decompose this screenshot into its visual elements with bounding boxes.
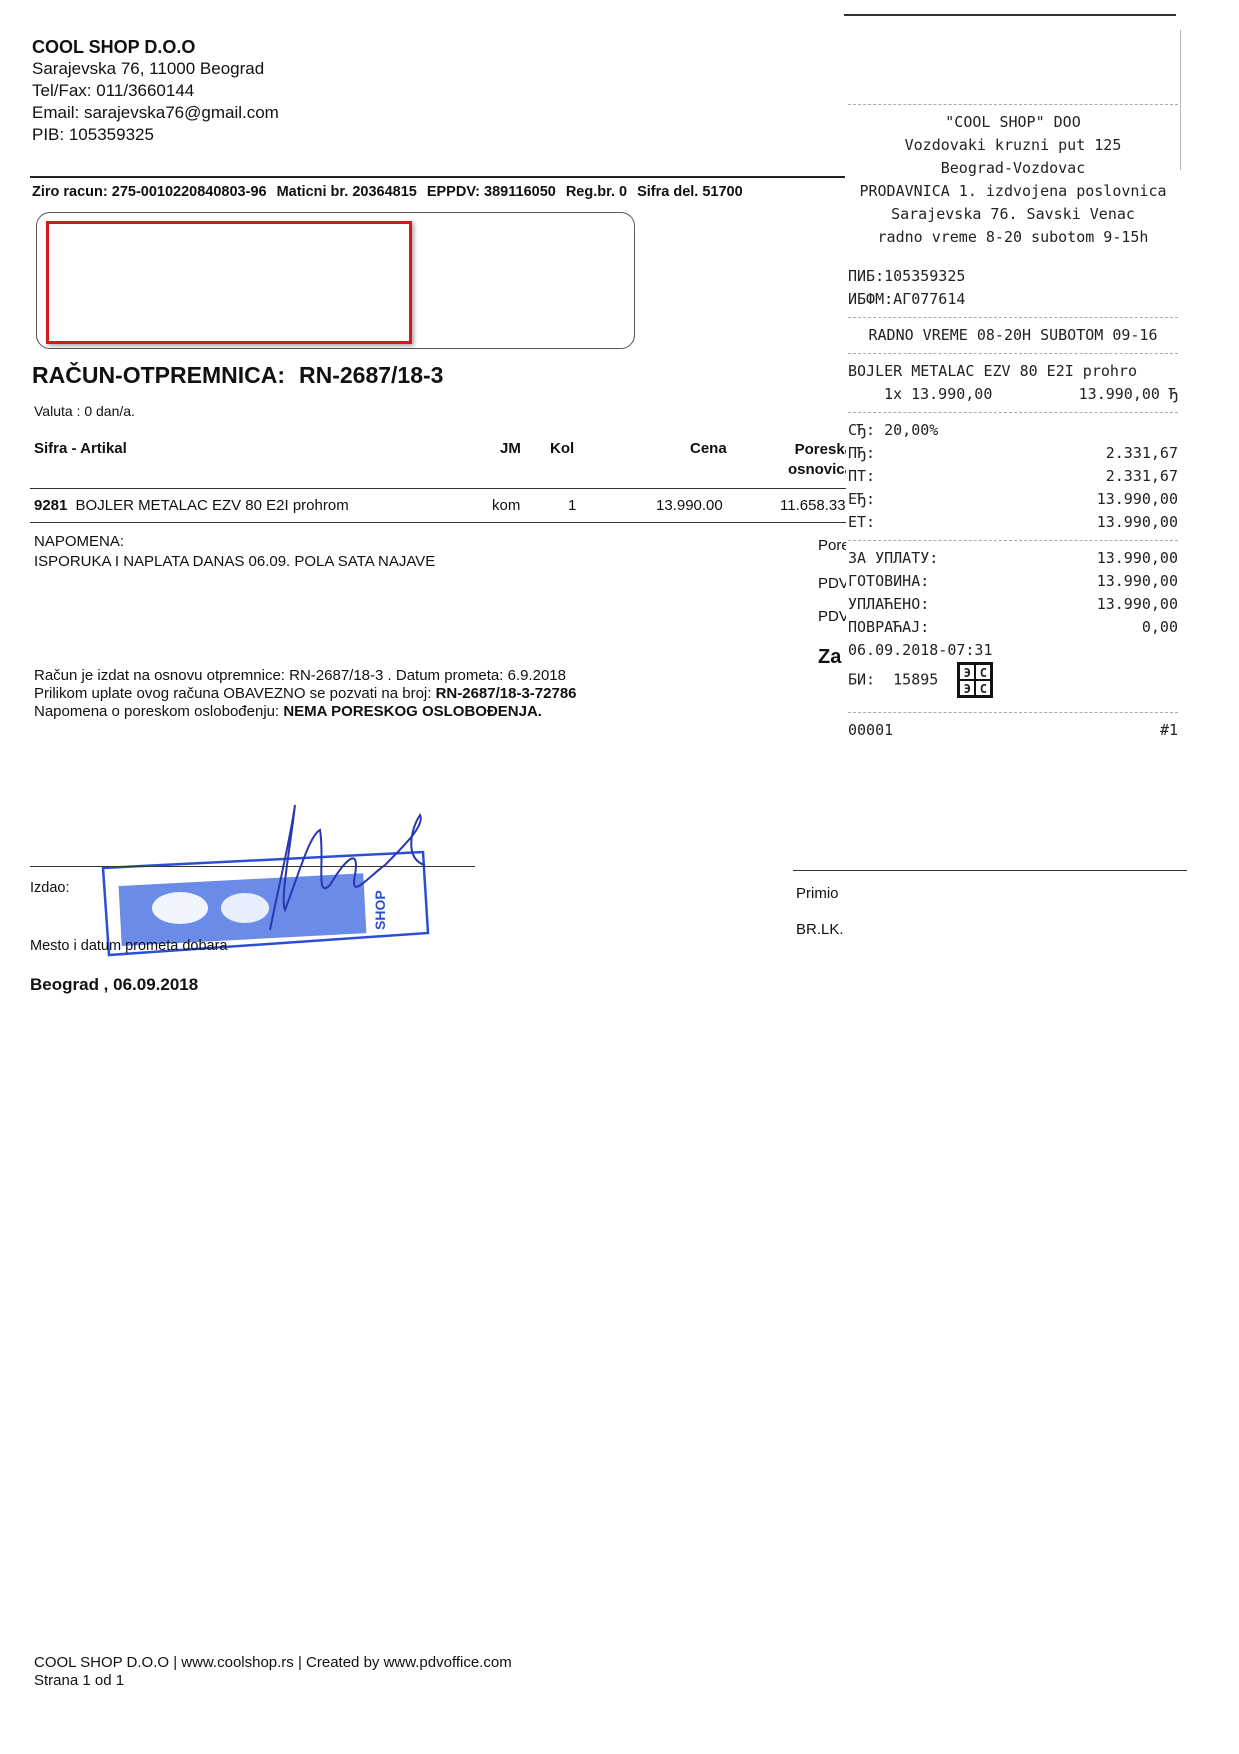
table-row-divider <box>30 522 852 523</box>
receipt-divider <box>848 353 1178 354</box>
receipt-payment-line: УПЛАЋЕНО:13.990,00 <box>848 593 1178 616</box>
footer-company-line: COOL SHOP D.O.O | www.coolshop.rs | Crea… <box>34 1654 512 1672</box>
tax-value: 13.990,00 <box>1097 511 1178 534</box>
column-header-kol: Kol <box>550 440 574 457</box>
reg-broj: Reg.br. 0 <box>566 184 627 200</box>
napomena-block: NAPOMENA: ISPORUKA I NAPLATA DANAS 06.09… <box>34 532 435 572</box>
column-header-poreska-osnovica: Poreska osnovica <box>760 440 853 480</box>
receipt-top-edge <box>844 14 1176 16</box>
receipt-divider <box>848 412 1178 413</box>
row-kol: 1 <box>568 497 576 514</box>
row-artikal: BOJLER METALAC EZV 80 E2I prohrom <box>76 497 349 514</box>
payment-value: 13.990,00 <box>1097 570 1178 593</box>
note-otpremnica: Račun je izdat na osnovu otpremnice: RN-… <box>34 667 577 685</box>
receipt-divider <box>848 540 1178 541</box>
company-header: COOL SHOP D.O.O Sarajevska 76, 11000 Beo… <box>32 36 279 146</box>
brlk-label: BR.LK. <box>796 921 844 938</box>
company-pib: PIB: 105359325 <box>32 124 279 146</box>
receipt-register: #1 <box>1160 719 1178 742</box>
receipt-divider <box>848 712 1178 713</box>
note-poziv-na-broj: Prilikom uplate ovog računa OBAVEZNO se … <box>34 685 577 703</box>
payment-label: ЗА УПЛАТУ: <box>848 547 938 570</box>
row-poreska-osnovica: 11.658.33 <box>780 497 846 514</box>
maticni-broj: Maticni br. 20364815 <box>277 184 417 200</box>
buyer-redaction-box <box>46 221 412 344</box>
primio-label: Primio <box>796 885 839 902</box>
receipt-payment-line: ПОВРАЋАЈ:0,00 <box>848 616 1178 639</box>
receipt-branch: PRODAVNICA 1. izdvojena poslovnica <box>848 180 1178 203</box>
totals-label-pdv-2: PDV <box>818 608 849 625</box>
row-jm: kom <box>492 497 520 514</box>
oslobodjenje-prefix: Napomena o poreskom oslobođenju: <box>34 703 283 720</box>
osnovica-label: osnovica <box>760 460 853 480</box>
company-address: Sarajevska 76, 11000 Beograd <box>32 58 279 80</box>
table-header-divider <box>30 488 852 489</box>
invoice-notes: Račun je izdat na osnovu otpremnice: RN-… <box>34 667 577 721</box>
receipt-payment-line: ГОТОВИНА:13.990,00 <box>848 570 1178 593</box>
receipt-city: Beograd-Vozdovac <box>848 157 1178 180</box>
napomena-text: ISPORUKA I NAPLATA DANAS 06.09. POLA SAT… <box>34 552 435 572</box>
tax-label: ЕТ: <box>848 511 875 534</box>
column-header-jm: JM <box>500 440 521 457</box>
oslobodjenje-value: NEMA PORESKOG OSLOBOĐENJA. <box>283 703 542 720</box>
payment-label: ГОТОВИНА: <box>848 570 929 593</box>
receipt-counter: 00001 <box>848 719 893 742</box>
receipt-item-qty-price: 1x 13.990,00 <box>848 383 992 406</box>
receipt-tax-line: ЕТ:13.990,00 <box>848 511 1178 534</box>
receipt-tax-line: ПТ:2.331,67 <box>848 465 1178 488</box>
document-type: RAČUN-OTPREMNICA: <box>32 362 285 388</box>
receipt-item-total: 13.990,00 Ђ <box>1079 383 1178 406</box>
receipt-ibfm: ИБФМ:АГ077614 <box>848 288 1178 311</box>
tax-value: 13.990,00 <box>1097 488 1178 511</box>
payment-value: 13.990,00 <box>1097 593 1178 616</box>
poziv-prefix: Prilikom uplate ovog računa OBAVEZNO se … <box>34 685 436 702</box>
receipt-bi-line: БИ: 15895 ЭСЭС <box>848 662 1178 698</box>
note-poresko-oslobodjenje: Napomena o poreskom oslobođenju: NEMA PO… <box>34 703 577 721</box>
tax-label: ПЂ: <box>848 442 875 465</box>
receipt-address: Vozdovaki kruzni put 125 <box>848 134 1178 157</box>
eppdv: EPPDV: 389116050 <box>427 184 556 200</box>
izdao-label: Izdao: <box>30 880 70 896</box>
poziv-na-broj: RN-2687/18-3-72786 <box>436 685 577 702</box>
payment-label: ПОВРАЋАЈ: <box>848 616 929 639</box>
page-footer: COOL SHOP D.O.O | www.coolshop.rs | Crea… <box>34 1654 512 1690</box>
receipt-payment-line: ЗА УПЛАТУ:13.990,00 <box>848 547 1178 570</box>
receipt-divider <box>848 104 1178 105</box>
header-divider <box>30 176 845 178</box>
receipt-item-name: BOJLER METALAC EZV 80 E2I prohro <box>848 360 1178 383</box>
receipt-datetime: 06.09.2018-07:31 <box>848 639 1178 662</box>
svg-text:SHOP: SHOP <box>372 890 388 930</box>
bi-label: БИ: <box>848 671 875 689</box>
company-email: Email: sarajevska76@gmail.com <box>32 102 279 124</box>
receipt-working-hours: radno vreme 8-20 subotom 9-15h <box>848 226 1178 249</box>
tax-value: 2.331,67 <box>1106 465 1178 488</box>
company-name: COOL SHOP D.O.O <box>32 36 279 58</box>
footer-page-number: Strana 1 od 1 <box>34 1672 512 1690</box>
receipt-tax-rate: СЂ: 20,00% <box>848 419 1178 442</box>
column-header-sifra-artikal: Sifra - Artikal <box>34 440 127 457</box>
payment-label: УПЛАЋЕНО: <box>848 593 929 616</box>
receipt-pib: ПИБ:105359325 <box>848 265 1178 288</box>
tax-label: ЕЂ: <box>848 488 875 511</box>
receipt-tax-line: ПЂ:2.331,67 <box>848 442 1178 465</box>
document-title: RAČUN-OTPREMNICA:RN-2687/18-3 <box>32 362 443 389</box>
bank-details-line: Ziro racun: 275-0010220840803-96Maticni … <box>32 184 753 200</box>
company-telfax: Tel/Fax: 011/3660144 <box>32 80 279 102</box>
receipt-shop-name: "COOL SHOP" DOO <box>848 111 1178 134</box>
payment-value: 0,00 <box>1142 616 1178 639</box>
totals-label-poreska: Pore <box>818 537 850 554</box>
receipt-branch-address: Sarajevska 76. Savski Venac <box>848 203 1178 226</box>
tax-label: ПТ: <box>848 465 875 488</box>
row-sifra: 9281 <box>34 497 67 514</box>
valuta: Valuta : 0 dan/a. <box>34 403 135 419</box>
totals-label-pdv: PDV <box>818 575 849 592</box>
tax-value: 2.331,67 <box>1106 442 1178 465</box>
fiscal-receipt: "COOL SHOP" DOO Vozdovaki kruzni put 125… <box>848 98 1178 742</box>
document-number: RN-2687/18-3 <box>299 362 443 388</box>
napomena-label: NAPOMENA: <box>34 532 435 552</box>
column-header-cena: Cena <box>690 440 727 457</box>
receipt-item-line: 1x 13.990,00 13.990,00 Ђ <box>848 383 1178 406</box>
mesto-datum-label: Mesto i datum prometa dobara <box>30 938 227 954</box>
receipt-side-edge <box>1180 30 1181 170</box>
place-date: Beograd , 06.09.2018 <box>30 975 198 995</box>
primio-signature-line <box>793 870 1187 871</box>
row-sifra-artikal: 9281 BOJLER METALAC EZV 80 E2I prohrom <box>34 497 349 514</box>
sifra-delatnosti: Sifra del. 51700 <box>637 184 743 200</box>
receipt-tax-line: ЕЂ:13.990,00 <box>848 488 1178 511</box>
payment-value: 13.990,00 <box>1097 547 1178 570</box>
bi-number: 15895 <box>893 671 938 689</box>
receipt-footer-line: 00001 #1 <box>848 719 1178 742</box>
receipt-hours-banner: RADNO VREME 08-20H SUBOTOM 09-16 <box>848 324 1178 347</box>
poreska-label: Poreska <box>760 440 853 460</box>
receipt-divider <box>848 317 1178 318</box>
fiscal-logo-icon: ЭСЭС <box>957 662 993 698</box>
row-cena: 13.990.00 <box>656 497 723 514</box>
ziro-racun: Ziro racun: 275-0010220840803-96 <box>32 184 267 200</box>
izdao-signature-line <box>30 866 475 867</box>
